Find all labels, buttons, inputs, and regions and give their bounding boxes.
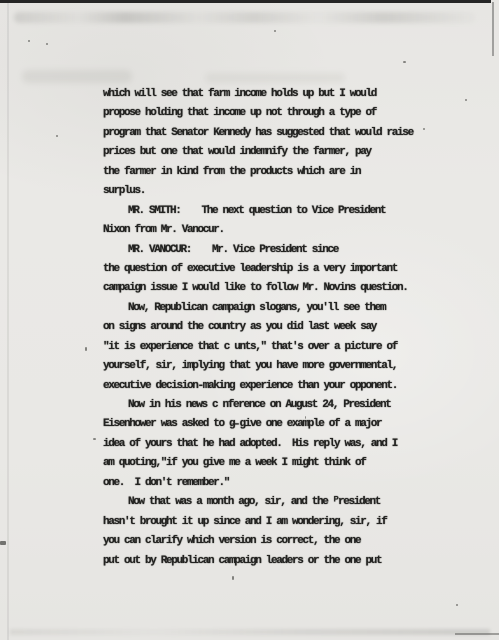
- ink-speck: [46, 43, 48, 45]
- smudge-band-top: [14, 12, 476, 23]
- text-line: one. I don't remember.": [103, 474, 443, 493]
- text-line: MR. SMITH: The next question to Vice Pre…: [103, 202, 443, 221]
- text-line: the farmer in kind from the products whi…: [103, 163, 443, 182]
- scan-edge-right: [492, 2, 494, 56]
- ink-speck: [465, 99, 467, 101]
- smudge-blob: [22, 70, 132, 83]
- text-line: yourself, sir, implying that you have mo…: [103, 357, 443, 376]
- ink-speck: [456, 604, 458, 606]
- text-line: idea of yours that he had adopted. His r…: [103, 435, 443, 454]
- text-line: MR. VANOCUR: Mr. Vice President since: [103, 241, 443, 260]
- ink-speck: [93, 438, 96, 440]
- document-text: which will see that farm income holds up…: [103, 85, 443, 571]
- smudge-blob: [205, 73, 345, 83]
- text-line: hasn't brought it up since and I am wond…: [103, 513, 443, 532]
- text-line: which will see that farm income holds up…: [103, 85, 443, 104]
- ink-speck: [274, 30, 276, 32]
- ink-speck: [232, 576, 234, 580]
- scan-line-bottom-right: [455, 633, 499, 635]
- text-line: campaign issue I would like to follow Mr…: [103, 279, 443, 298]
- ink-speck: [403, 61, 406, 63]
- ink-speck: [85, 347, 87, 351]
- smudge-band-bottom: [10, 629, 490, 635]
- text-line: Nixon from Mr. Vanocur.: [103, 221, 443, 240]
- text-line: "it is experience that c unts," that's o…: [103, 338, 443, 357]
- text-line: Now that was a month ago, sir, and the ᴾ…: [103, 493, 443, 512]
- text-line: Now, Republican campaign slogans, you'll…: [103, 299, 443, 318]
- text-line: program that Senator Kennedy has suggest…: [103, 124, 443, 143]
- ink-speck: [28, 40, 30, 42]
- text-line: prices but one that would indemnify the …: [103, 143, 443, 162]
- scan-edge-left: [7, 3, 9, 640]
- text-line: propose holding that income up not throu…: [103, 104, 443, 123]
- text-line: on signs around the country as you did l…: [103, 318, 443, 337]
- text-line: the question of executive leadership is …: [103, 260, 443, 279]
- text-line: put out by Republican campaign leaders o…: [103, 552, 443, 571]
- scan-tick-left: [0, 541, 6, 545]
- text-line: surplus.: [103, 182, 443, 201]
- ink-speck: [56, 135, 58, 137]
- text-line: Now in his news c nference on August 24,…: [103, 396, 443, 415]
- text-line: executive decision-making experience tha…: [103, 377, 443, 396]
- scanned-page: which will see that farm income holds up…: [0, 0, 499, 640]
- text-line: am quoting,"if you give me a week I migh…: [103, 454, 443, 473]
- text-line: you can clarify which version is correct…: [103, 532, 443, 551]
- scan-edge-top: [0, 0, 491, 3]
- text-line: Eisenhower was asked to g̶ give one exam…: [103, 415, 443, 434]
